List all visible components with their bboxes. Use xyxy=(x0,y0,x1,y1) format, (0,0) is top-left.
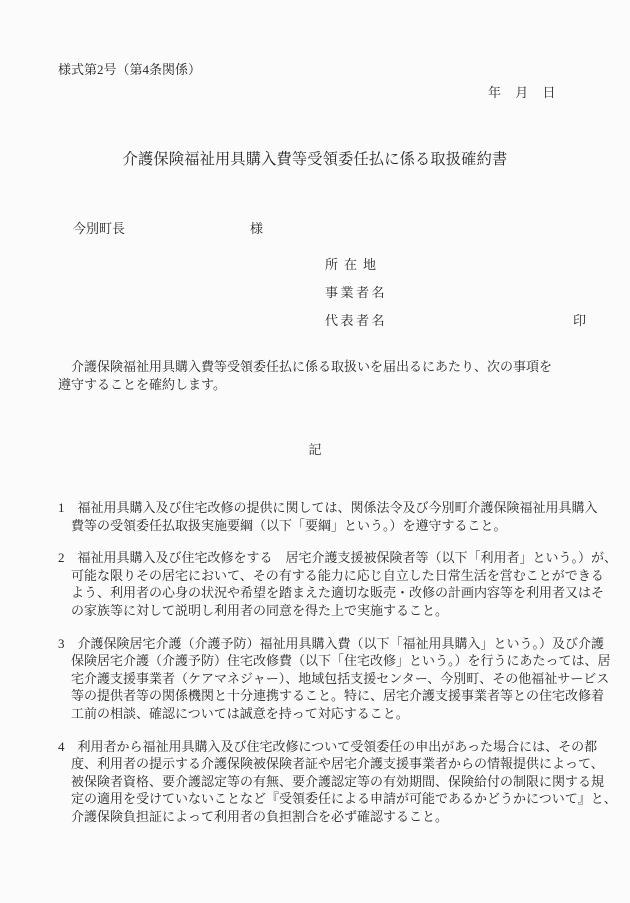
address-label: 所在地 xyxy=(325,256,382,274)
year-label: 年 xyxy=(488,85,501,100)
business-name-label: 事業者名 xyxy=(325,284,387,302)
document-page: 様式第2号（第4条関係） 年 月 日 介護保険福祉用具購入費等受領委任払に係る取… xyxy=(0,0,630,903)
form-number: 様式第2号（第4条関係） xyxy=(58,61,201,79)
addressee-line: 今別町長 様 xyxy=(73,220,393,238)
addressee-honorific: 様 xyxy=(250,220,263,238)
pledge-paragraph: 介護保険福祉用具購入費等受領委任払に係る取扱いを届出るにあたり、次の事項を 遵守… xyxy=(58,358,623,393)
agreement-item-2: 2 福祉用具購入及び住宅改修をする 居宅介護支援被保険者等（以下「利用者」という… xyxy=(58,549,624,619)
date-line: 年 月 日 xyxy=(488,84,556,102)
section-marker: 記 xyxy=(0,441,630,459)
agreement-item-1: 1 福祉用具購入及び住宅改修の提供に関しては、関係法令及び今別町介護保険福祉用具… xyxy=(58,499,624,534)
agreement-item-3: 3 介護保険居宅介護（介護予防）福祉用具購入費（以下「福祉用具購入」という。）及… xyxy=(58,635,624,723)
document-title: 介護保険福祉用具購入費等受領委任払に係る取扱確約書 xyxy=(0,149,630,170)
month-label: 月 xyxy=(515,85,528,100)
addressee-name: 今別町長 xyxy=(73,221,125,236)
agreement-items: 1 福祉用具購入及び住宅改修の提供に関しては、関係法令及び今別町介護保険福祉用具… xyxy=(58,499,624,841)
agreement-item-4: 4 利用者から福祉用具購入及び住宅改修について受領委任の申出があった場合には、そ… xyxy=(58,738,624,826)
representative-name-label: 代表者名 xyxy=(325,312,387,330)
day-label: 日 xyxy=(543,85,556,100)
seal-mark: 印 xyxy=(573,312,586,330)
